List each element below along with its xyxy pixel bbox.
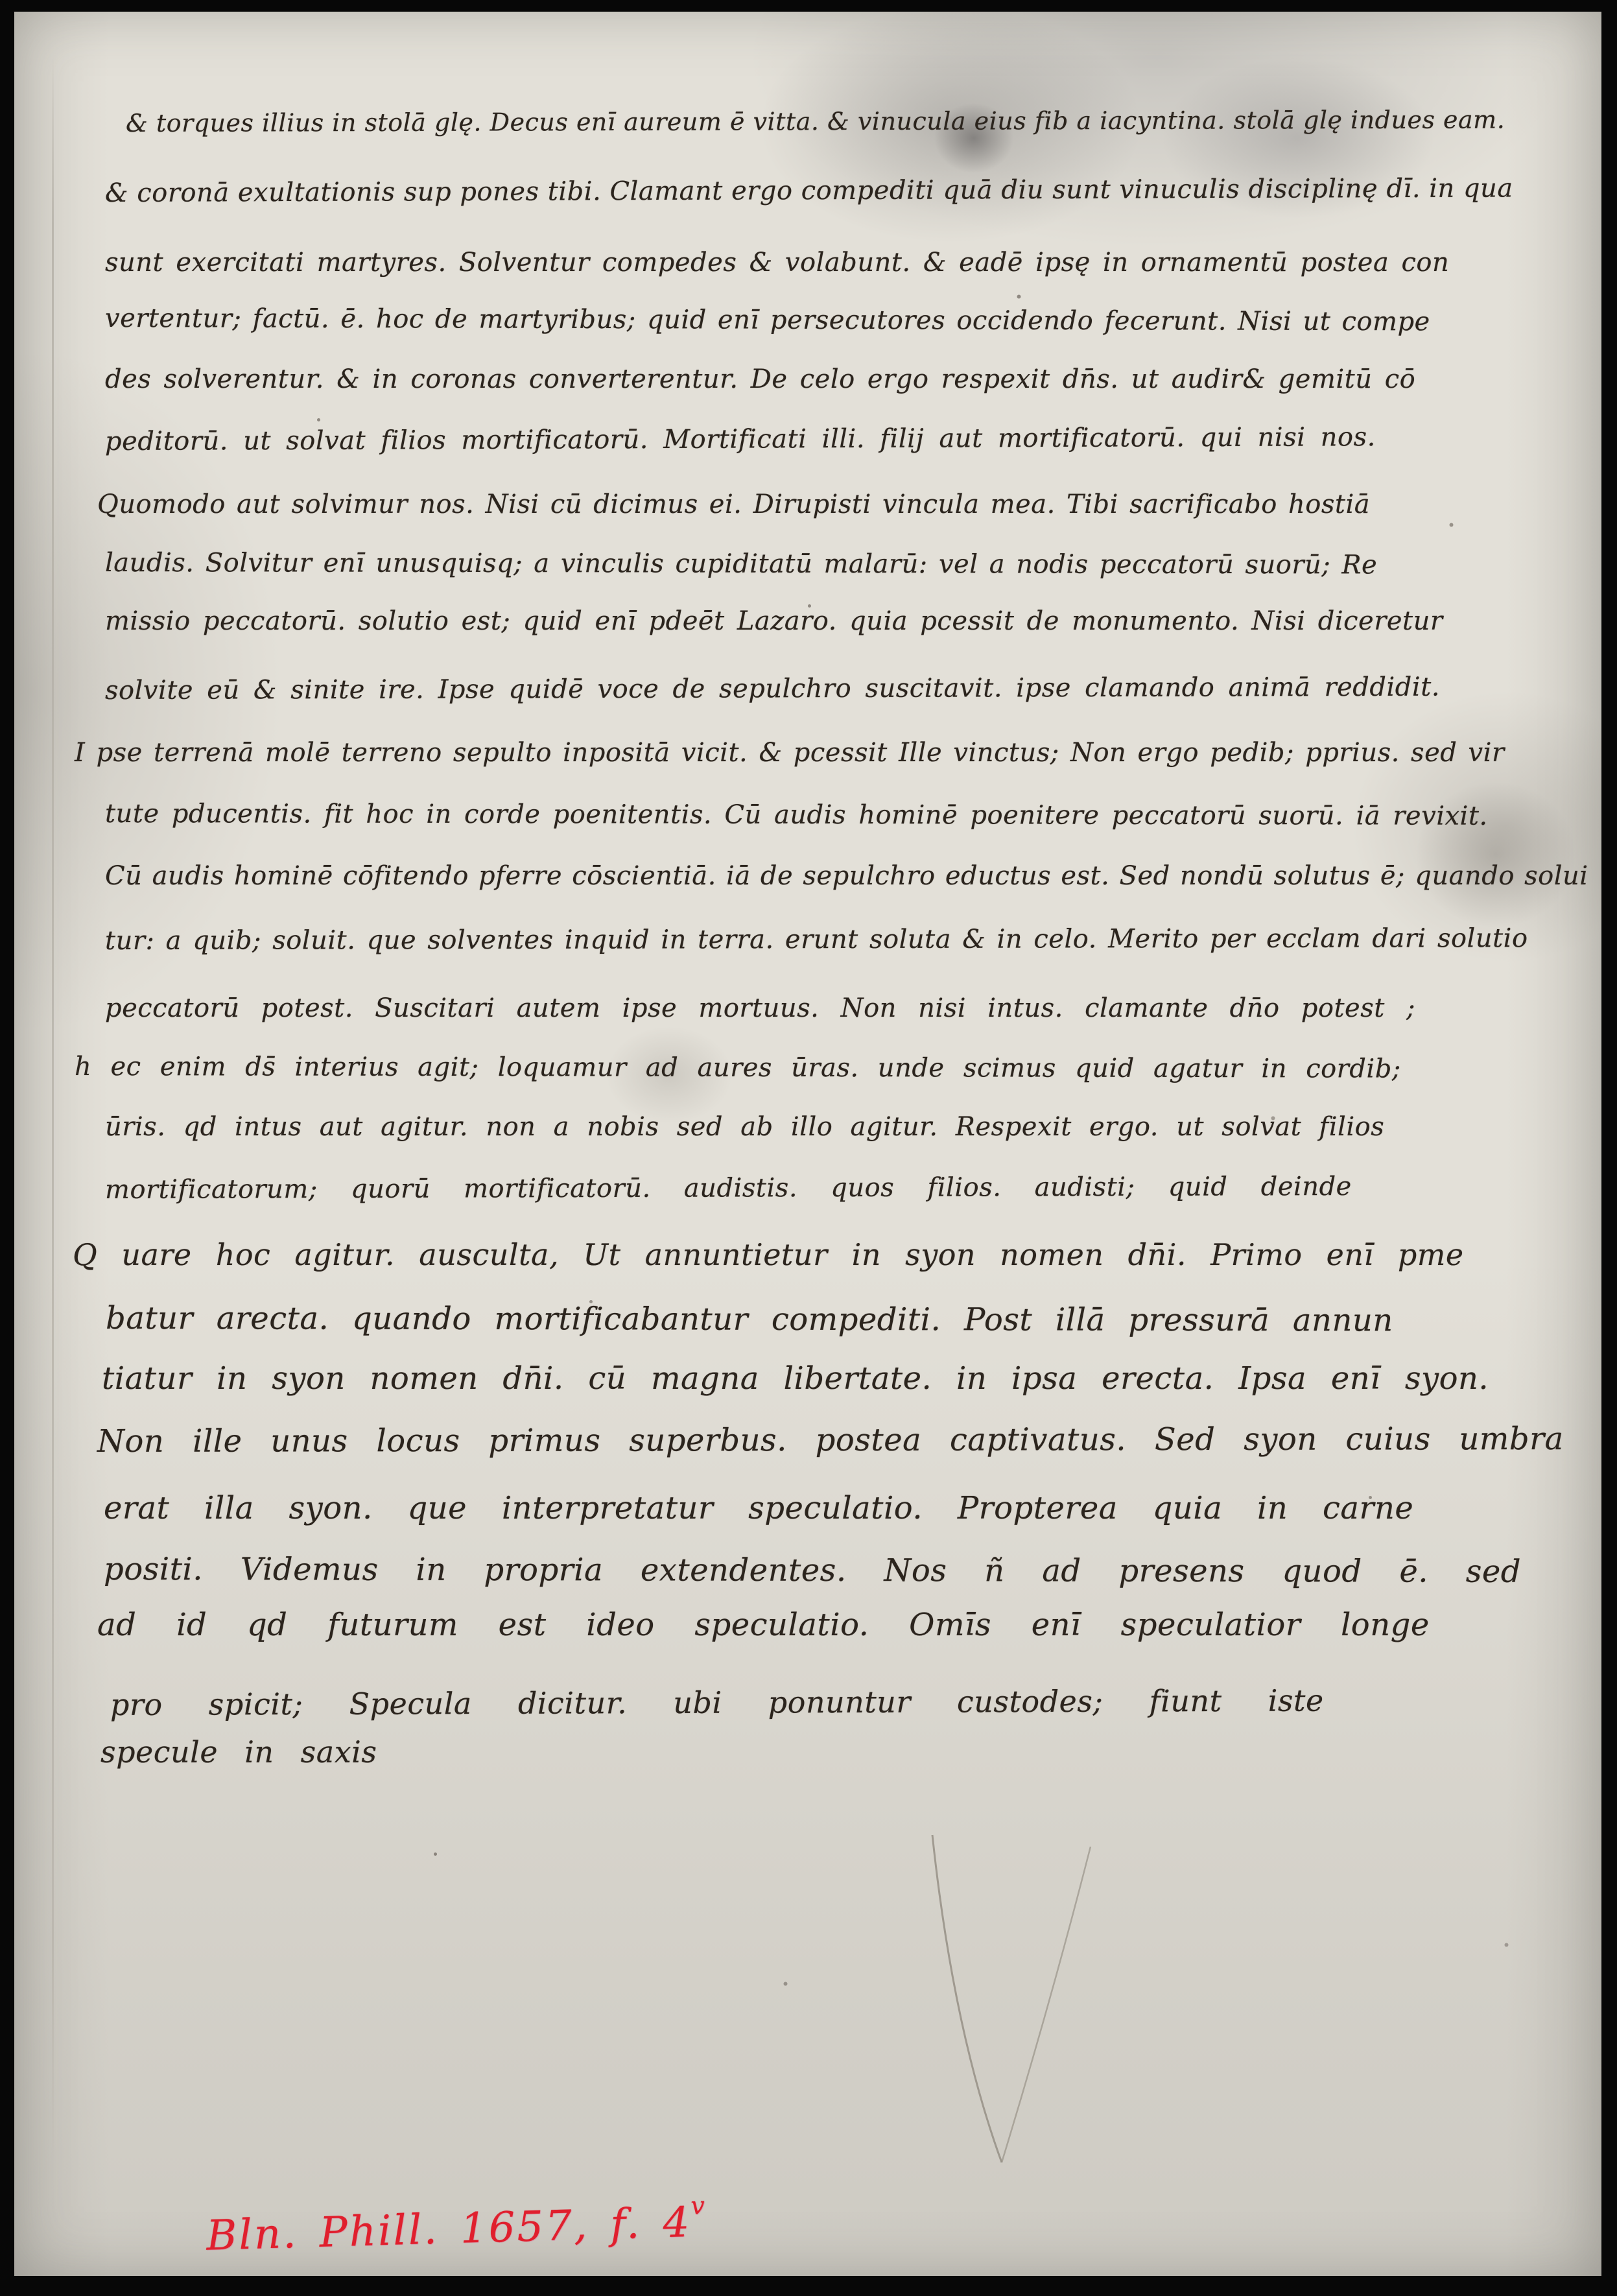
manuscript-line: missio peccatorū. solutio est; quid enī … (105, 606, 1443, 636)
manuscript-line: ūris. qd intus aut agitur. non a nobis s… (105, 1112, 1384, 1142)
manuscript-line: & coronā exultationis sup pones tibi. Cl… (105, 173, 1513, 208)
manuscript-line: vertentur; factū. ē. hoc de martyribus; … (105, 303, 1430, 337)
manuscript-line: batur arecta. quando mortificabantur com… (106, 1300, 1393, 1338)
scanned-manuscript-photo: { "colors": { "scan_border": "#070707", … (0, 0, 1617, 2296)
manuscript-text-block: & torques illius in stolā glę. Decus enī… (14, 12, 1601, 2276)
manuscript-line: pro spicit; Specula dicitur. ubi ponuntu… (110, 1683, 1324, 1722)
manuscript-line: I pse terrenā molē terreno sepulto inpos… (75, 738, 1505, 768)
manuscript-line: des solverentur. & in coronas convertere… (105, 364, 1415, 394)
manuscript-line: mortificatorum; quorū mortificatorū. aud… (105, 1172, 1352, 1205)
shelfmark-superscript: v (690, 2191, 706, 2220)
manuscript-line: sunt exercitati martyres. Solventur comp… (105, 248, 1449, 278)
manuscript-line: peccatorū potest. Suscitari autem ipse m… (105, 993, 1415, 1023)
manuscript-line: ad id qd futurum est ideo speculatio. Om… (97, 1607, 1430, 1643)
manuscript-line: tiatur in syon nomen dn̄i. cū magna libe… (102, 1360, 1489, 1397)
manuscript-line: peditorū. ut solvat filios mortificatorū… (105, 422, 1376, 456)
manuscript-line: Q uare hoc agitur. ausculta, Ut annuntie… (73, 1237, 1464, 1272)
manuscript-line: tute pducentis. fit hoc in corde poenite… (105, 799, 1488, 831)
manuscript-line: solvite eū & sinite ire. Ipse quidē voce… (105, 672, 1440, 705)
manuscript-line: erat illa syon. que interpretatur specul… (104, 1490, 1413, 1526)
manuscript-line: positi. Videmus in propria extendentes. … (104, 1551, 1521, 1590)
manuscript-line: specule in saxis (100, 1734, 377, 1769)
manuscript-line: Cū audis hominē cōfitendo pferre cōscien… (105, 861, 1588, 891)
manuscript-line: & torques illius in stolā glę. Decus enī… (126, 105, 1505, 137)
manuscript-line: laudis. Solvitur enī unusquisq; a vincul… (105, 548, 1377, 580)
manuscript-line: tur: a quib; soluit. que solventes inqui… (105, 923, 1528, 956)
manuscript-line: h ec enim ds̄ interius agit; loquamur ad… (75, 1052, 1401, 1084)
manuscript-line: Quomodo aut solvimur nos. Nisi cū dicimu… (97, 490, 1370, 519)
parchment-page: & torques illius in stolā glę. Decus enī… (14, 12, 1601, 2276)
manuscript-line: Non ille unus locus primus superbus. pos… (97, 1421, 1564, 1460)
